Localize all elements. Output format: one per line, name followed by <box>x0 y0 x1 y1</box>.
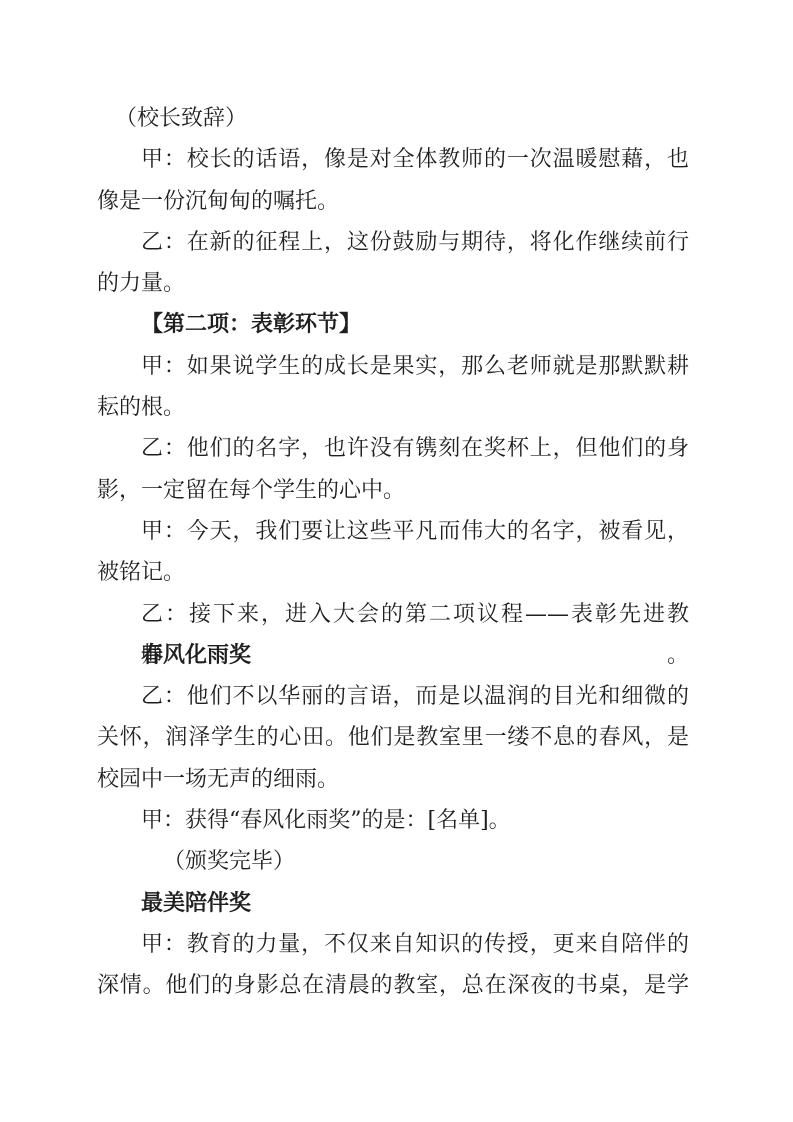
text-line: 被铭记。 <box>97 552 689 593</box>
text-line: 【第二项：表彰环节】 <box>97 304 689 345</box>
text-line: 甲：今天，我们要让这些平凡而伟大的名字，被看见， <box>97 511 689 552</box>
text-line: 影，一定留在每个学生的心中。 <box>97 470 689 511</box>
text-line: 乙：在新的征程上，这份鼓励与期待，将化作继续前行 <box>97 222 689 263</box>
text-line: 关怀，润泽学生的心田。他们是教室里一缕不息的春风，是 <box>97 717 689 758</box>
text-line: 像是一份沉甸甸的嘱托。 <box>97 181 689 222</box>
text-line: 甲：如果说学生的成长是果实，那么老师就是那默默耕 <box>97 346 689 387</box>
text-line: （校长致辞） <box>97 98 689 139</box>
text-line: 甲：校长的话语，像是对全体教师的一次温暖慰藉，也 <box>97 139 689 180</box>
text-line: 耘的根。 <box>97 387 689 428</box>
text-line: 乙：他们的名字，也许没有镌刻在奖杯上，但他们的身 <box>97 428 689 469</box>
text-line: 甲：获得“春风化雨奖”的是：[名单]。 <box>97 800 689 841</box>
text-line: 深情。他们的身影总在清晨的教室，总在深夜的书桌，是学 <box>97 965 689 1006</box>
text-line: 最美陪伴奖 <box>97 883 689 924</box>
text-line: （颁奖完毕） <box>97 841 689 882</box>
text-line: 的力量。 <box>97 263 689 304</box>
document-page: （校长致辞）甲：校长的话语，像是对全体教师的一次温暖慰藉，也像是一份沉甸甸的嘱托… <box>0 0 793 1122</box>
document-body: （校长致辞）甲：校长的话语，像是对全体教师的一次温暖慰藉，也像是一份沉甸甸的嘱托… <box>97 98 689 1007</box>
text-line: 乙：接下来，进入大会的第二项议程——表彰先进教师。 <box>97 594 689 635</box>
text-line: 甲：教育的力量，不仅来自知识的传授，更来自陪伴的 <box>97 924 689 965</box>
text-line: 乙：他们不以华丽的言语，而是以温润的目光和细微的 <box>97 676 689 717</box>
text-line: 校园中一场无声的细雨。 <box>97 759 689 800</box>
